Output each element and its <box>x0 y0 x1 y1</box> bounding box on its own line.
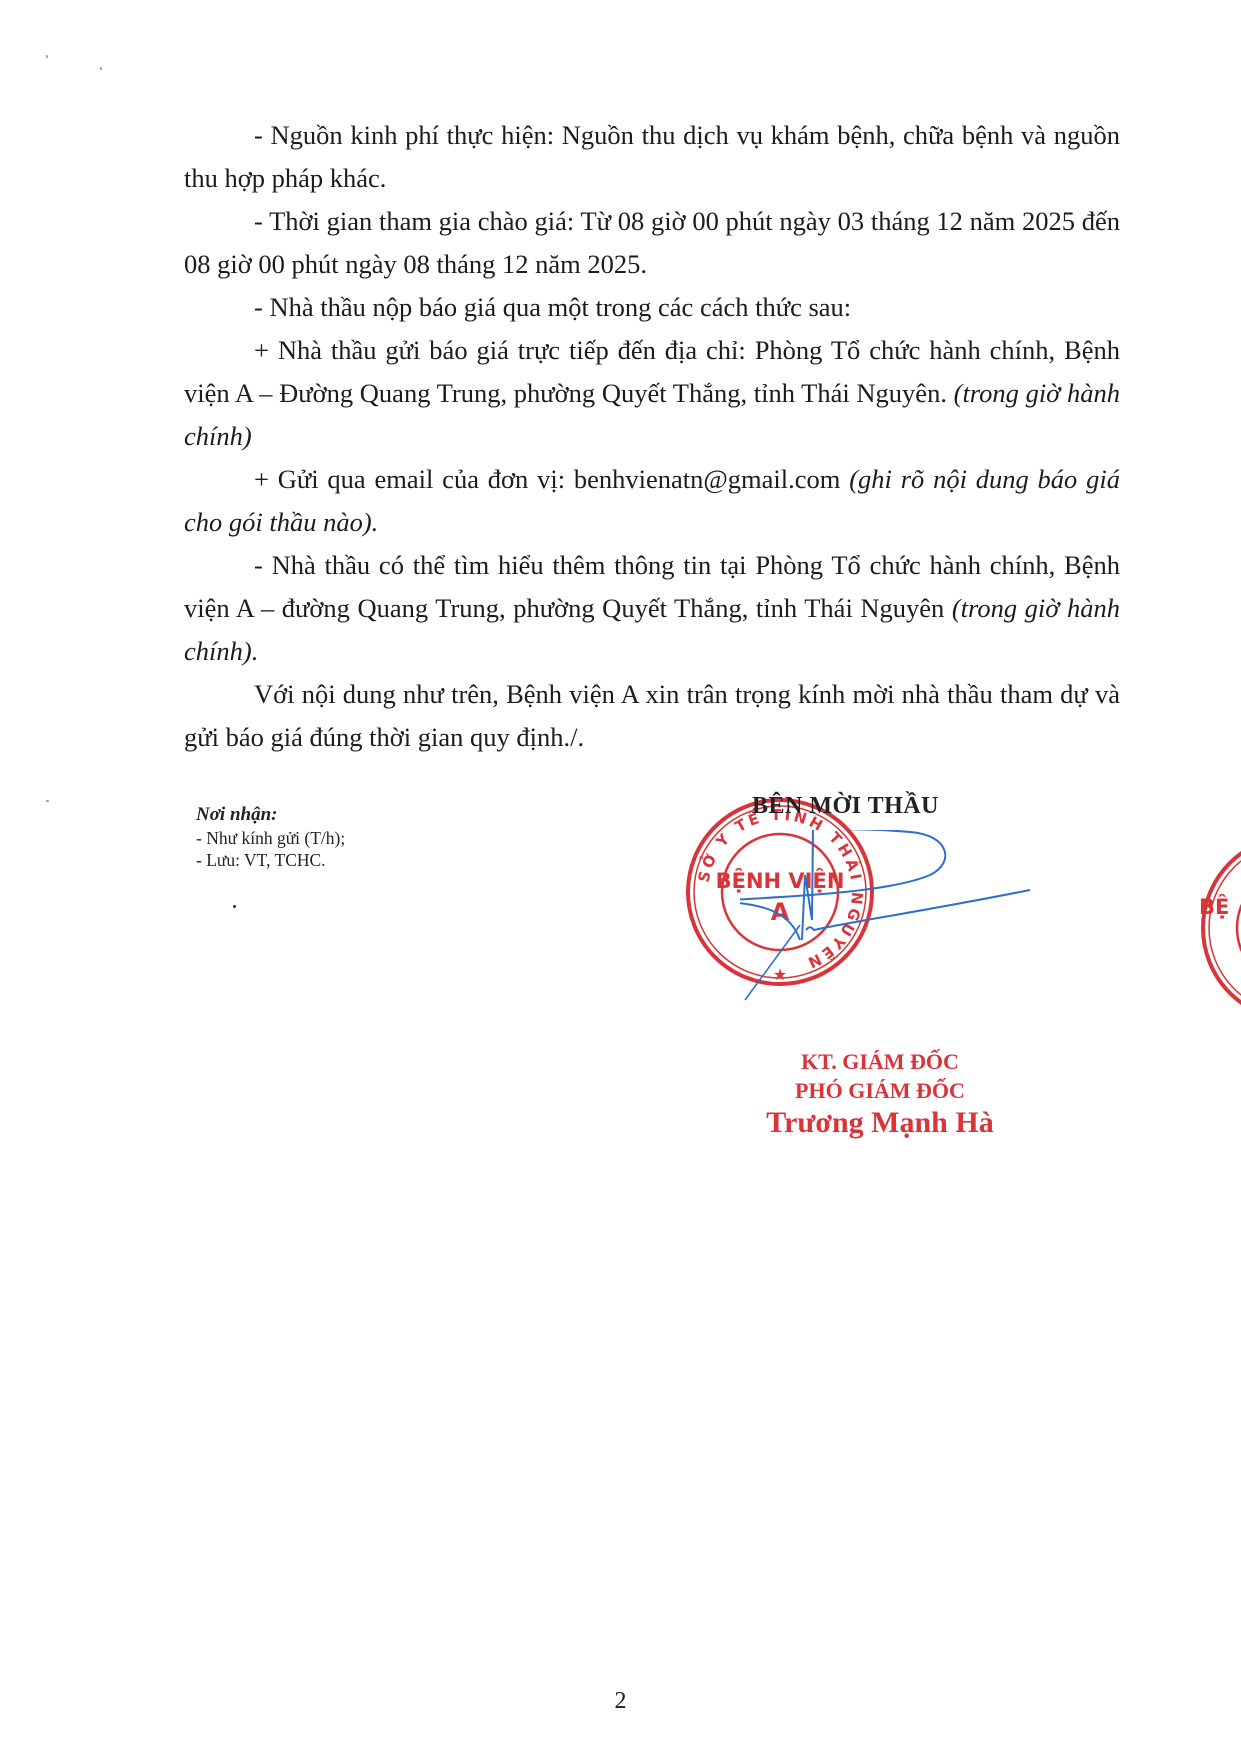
paragraph-text: - Nhà thầu nộp báo giá qua một trong các… <box>254 292 851 322</box>
signer-block: KT. GIÁM ĐỐC PHÓ GIÁM ĐỐC Trương Mạnh Hà <box>740 1047 1020 1141</box>
recipient-item: - Lưu: VT, TCHC. <box>196 849 345 871</box>
paragraph-quote-period: - Thời gian tham gia chào giá: Từ 08 giờ… <box>184 200 1120 286</box>
paragraph-submit-email: + Gửi qua email của đơn vị: benhvienatn@… <box>184 458 1120 544</box>
signer-name: Trương Mạnh Hà <box>740 1105 1020 1141</box>
document-page: - Nguồn kinh phí thực hiện: Nguồn thu dị… <box>0 0 1241 1755</box>
paragraph-text: Với nội dung như trên, Bệnh viện A xin t… <box>184 679 1120 752</box>
paragraph-text: - Nguồn kinh phí thực hiện: Nguồn thu dị… <box>184 120 1120 193</box>
signature-icon <box>740 830 1040 1010</box>
paragraph-closing: Với nội dung như trên, Bệnh viện A xin t… <box>184 673 1120 759</box>
paragraph-more-info: - Nhà thầu có thể tìm hiểu thêm thông ti… <box>184 544 1120 673</box>
document-body: - Nguồn kinh phí thực hiện: Nguồn thu dị… <box>184 114 1120 759</box>
paragraph-funding: - Nguồn kinh phí thực hiện: Nguồn thu dị… <box>184 114 1120 200</box>
paragraph-text: + Gửi qua email của đơn vị: benhvienatn@… <box>254 464 849 494</box>
scan-speck <box>46 800 49 802</box>
paragraph-submission-methods: - Nhà thầu nộp báo giá qua một trong các… <box>184 286 1120 329</box>
paragraph-submit-in-person: + Nhà thầu gửi báo giá trực tiếp đến địa… <box>184 329 1120 458</box>
recipients-block: Nơi nhận: - Như kính gửi (T/h); - Lưu: V… <box>196 803 345 871</box>
recipient-item: - Như kính gửi (T/h); <box>196 827 345 849</box>
signer-heading: BÊN MỜI THẦU <box>752 793 939 820</box>
recipients-title: Nơi nhận: <box>196 803 345 827</box>
signer-role-2: PHÓ GIÁM ĐỐC <box>740 1076 1020 1105</box>
paragraph-text: - Thời gian tham gia chào giá: Từ 08 giờ… <box>184 206 1120 279</box>
page-number: 2 <box>0 1688 1241 1715</box>
partial-seal-icon: BỆ <box>1195 828 1241 1028</box>
scan-speck <box>100 67 102 70</box>
scan-speck <box>46 55 48 58</box>
stray-dot <box>233 905 236 908</box>
signer-role-1: KT. GIÁM ĐỐC <box>740 1047 1020 1076</box>
svg-text:BỆ: BỆ <box>1199 893 1229 919</box>
